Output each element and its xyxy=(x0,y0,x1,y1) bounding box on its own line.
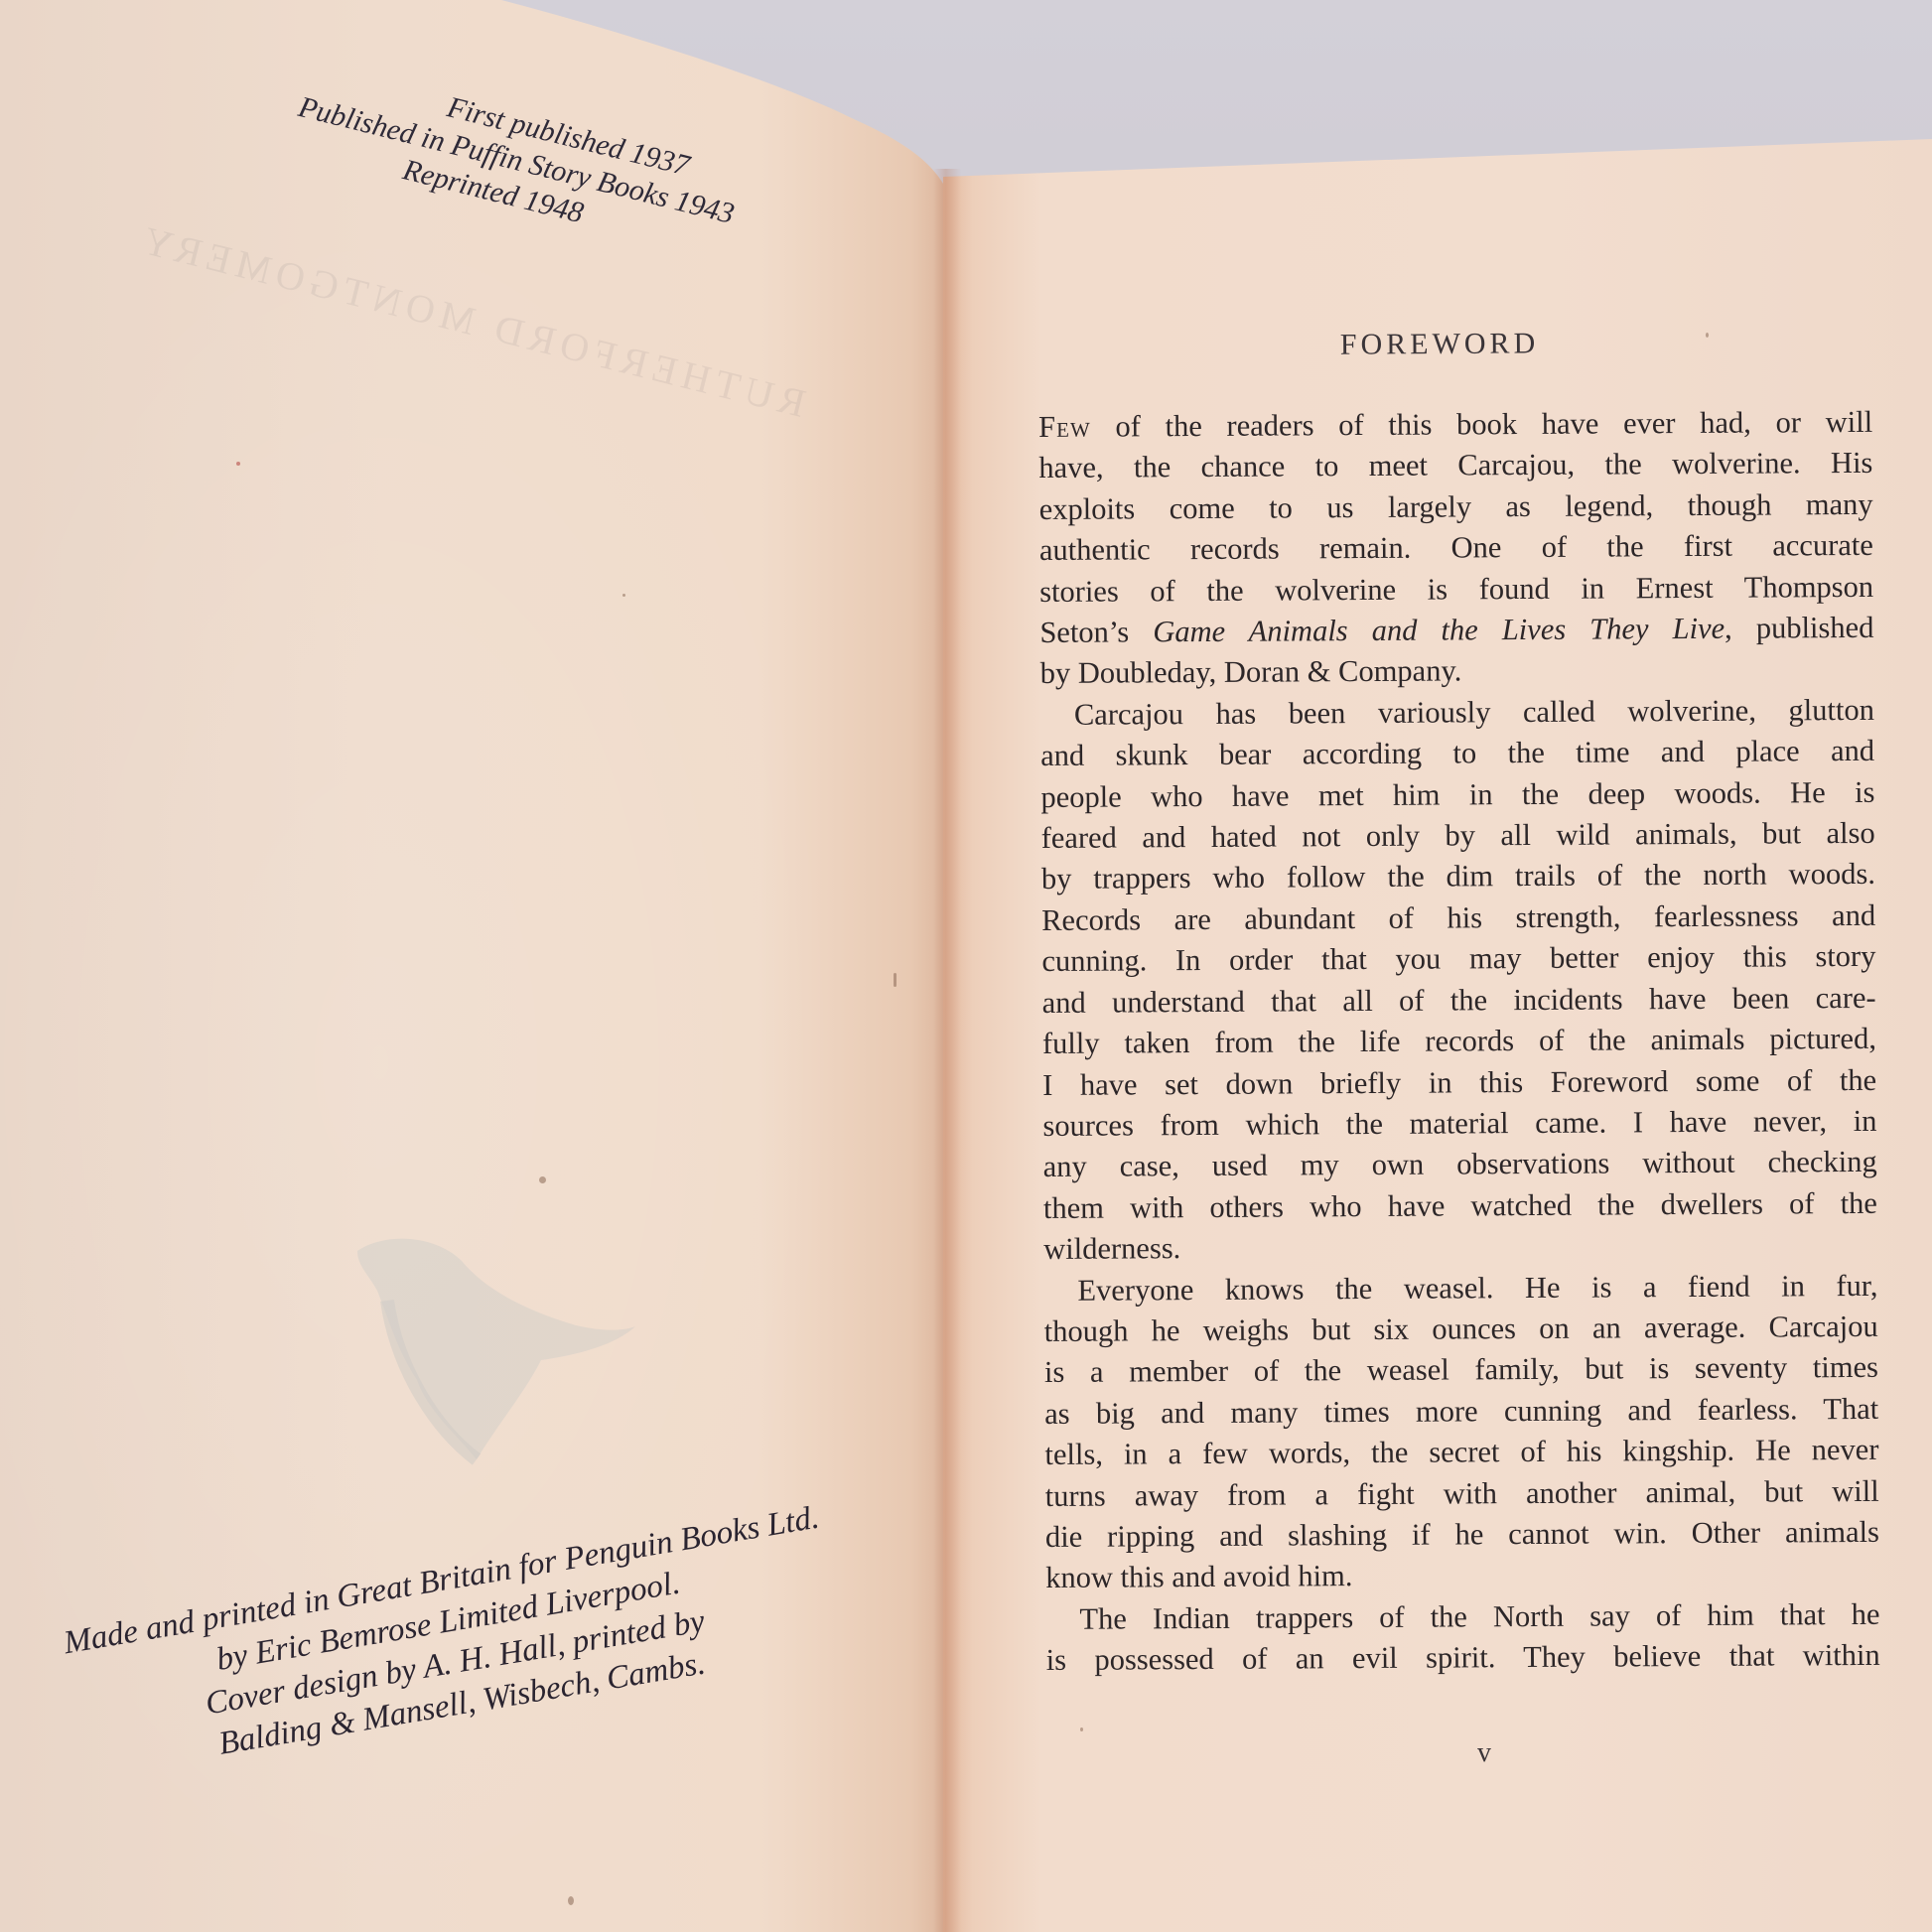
paper-speck xyxy=(539,1176,546,1183)
paper-speck xyxy=(236,462,240,466)
book-gutter xyxy=(933,169,961,1932)
paragraph-2: Carcajou has been variously called wolve… xyxy=(1040,690,1878,1271)
paragraph-1: Few of the readers of this book have eve… xyxy=(1038,402,1874,695)
chapter-title: FOREWORD xyxy=(1281,327,1598,362)
page-number: v xyxy=(1477,1737,1491,1769)
paragraph-3: Everyone knows the weasel. He is a fiend… xyxy=(1043,1265,1879,1598)
paper-speck xyxy=(894,973,897,987)
paragraph-4: The Indian trappers of the North say of … xyxy=(1045,1594,1879,1682)
left-page: RUTHERFORD MONTGOMERY First published 19… xyxy=(0,0,948,1932)
printer-colophon: Made and printed in Great Britain for Pe… xyxy=(22,1490,882,1794)
puffin-logo-icon xyxy=(328,1221,655,1479)
drop-smallcaps: Few xyxy=(1038,410,1091,444)
book-title-reference: Game Animals and the Lives They Live xyxy=(1153,612,1725,649)
paper-speck xyxy=(1080,1727,1083,1731)
foreword-body: Few of the readers of this book have eve… xyxy=(1038,402,1880,1682)
paper-speck xyxy=(1706,333,1709,338)
paper-speck xyxy=(622,594,625,597)
paper-speck xyxy=(568,1896,574,1905)
publication-history: First published 1937 Published in Puffin… xyxy=(253,47,780,276)
